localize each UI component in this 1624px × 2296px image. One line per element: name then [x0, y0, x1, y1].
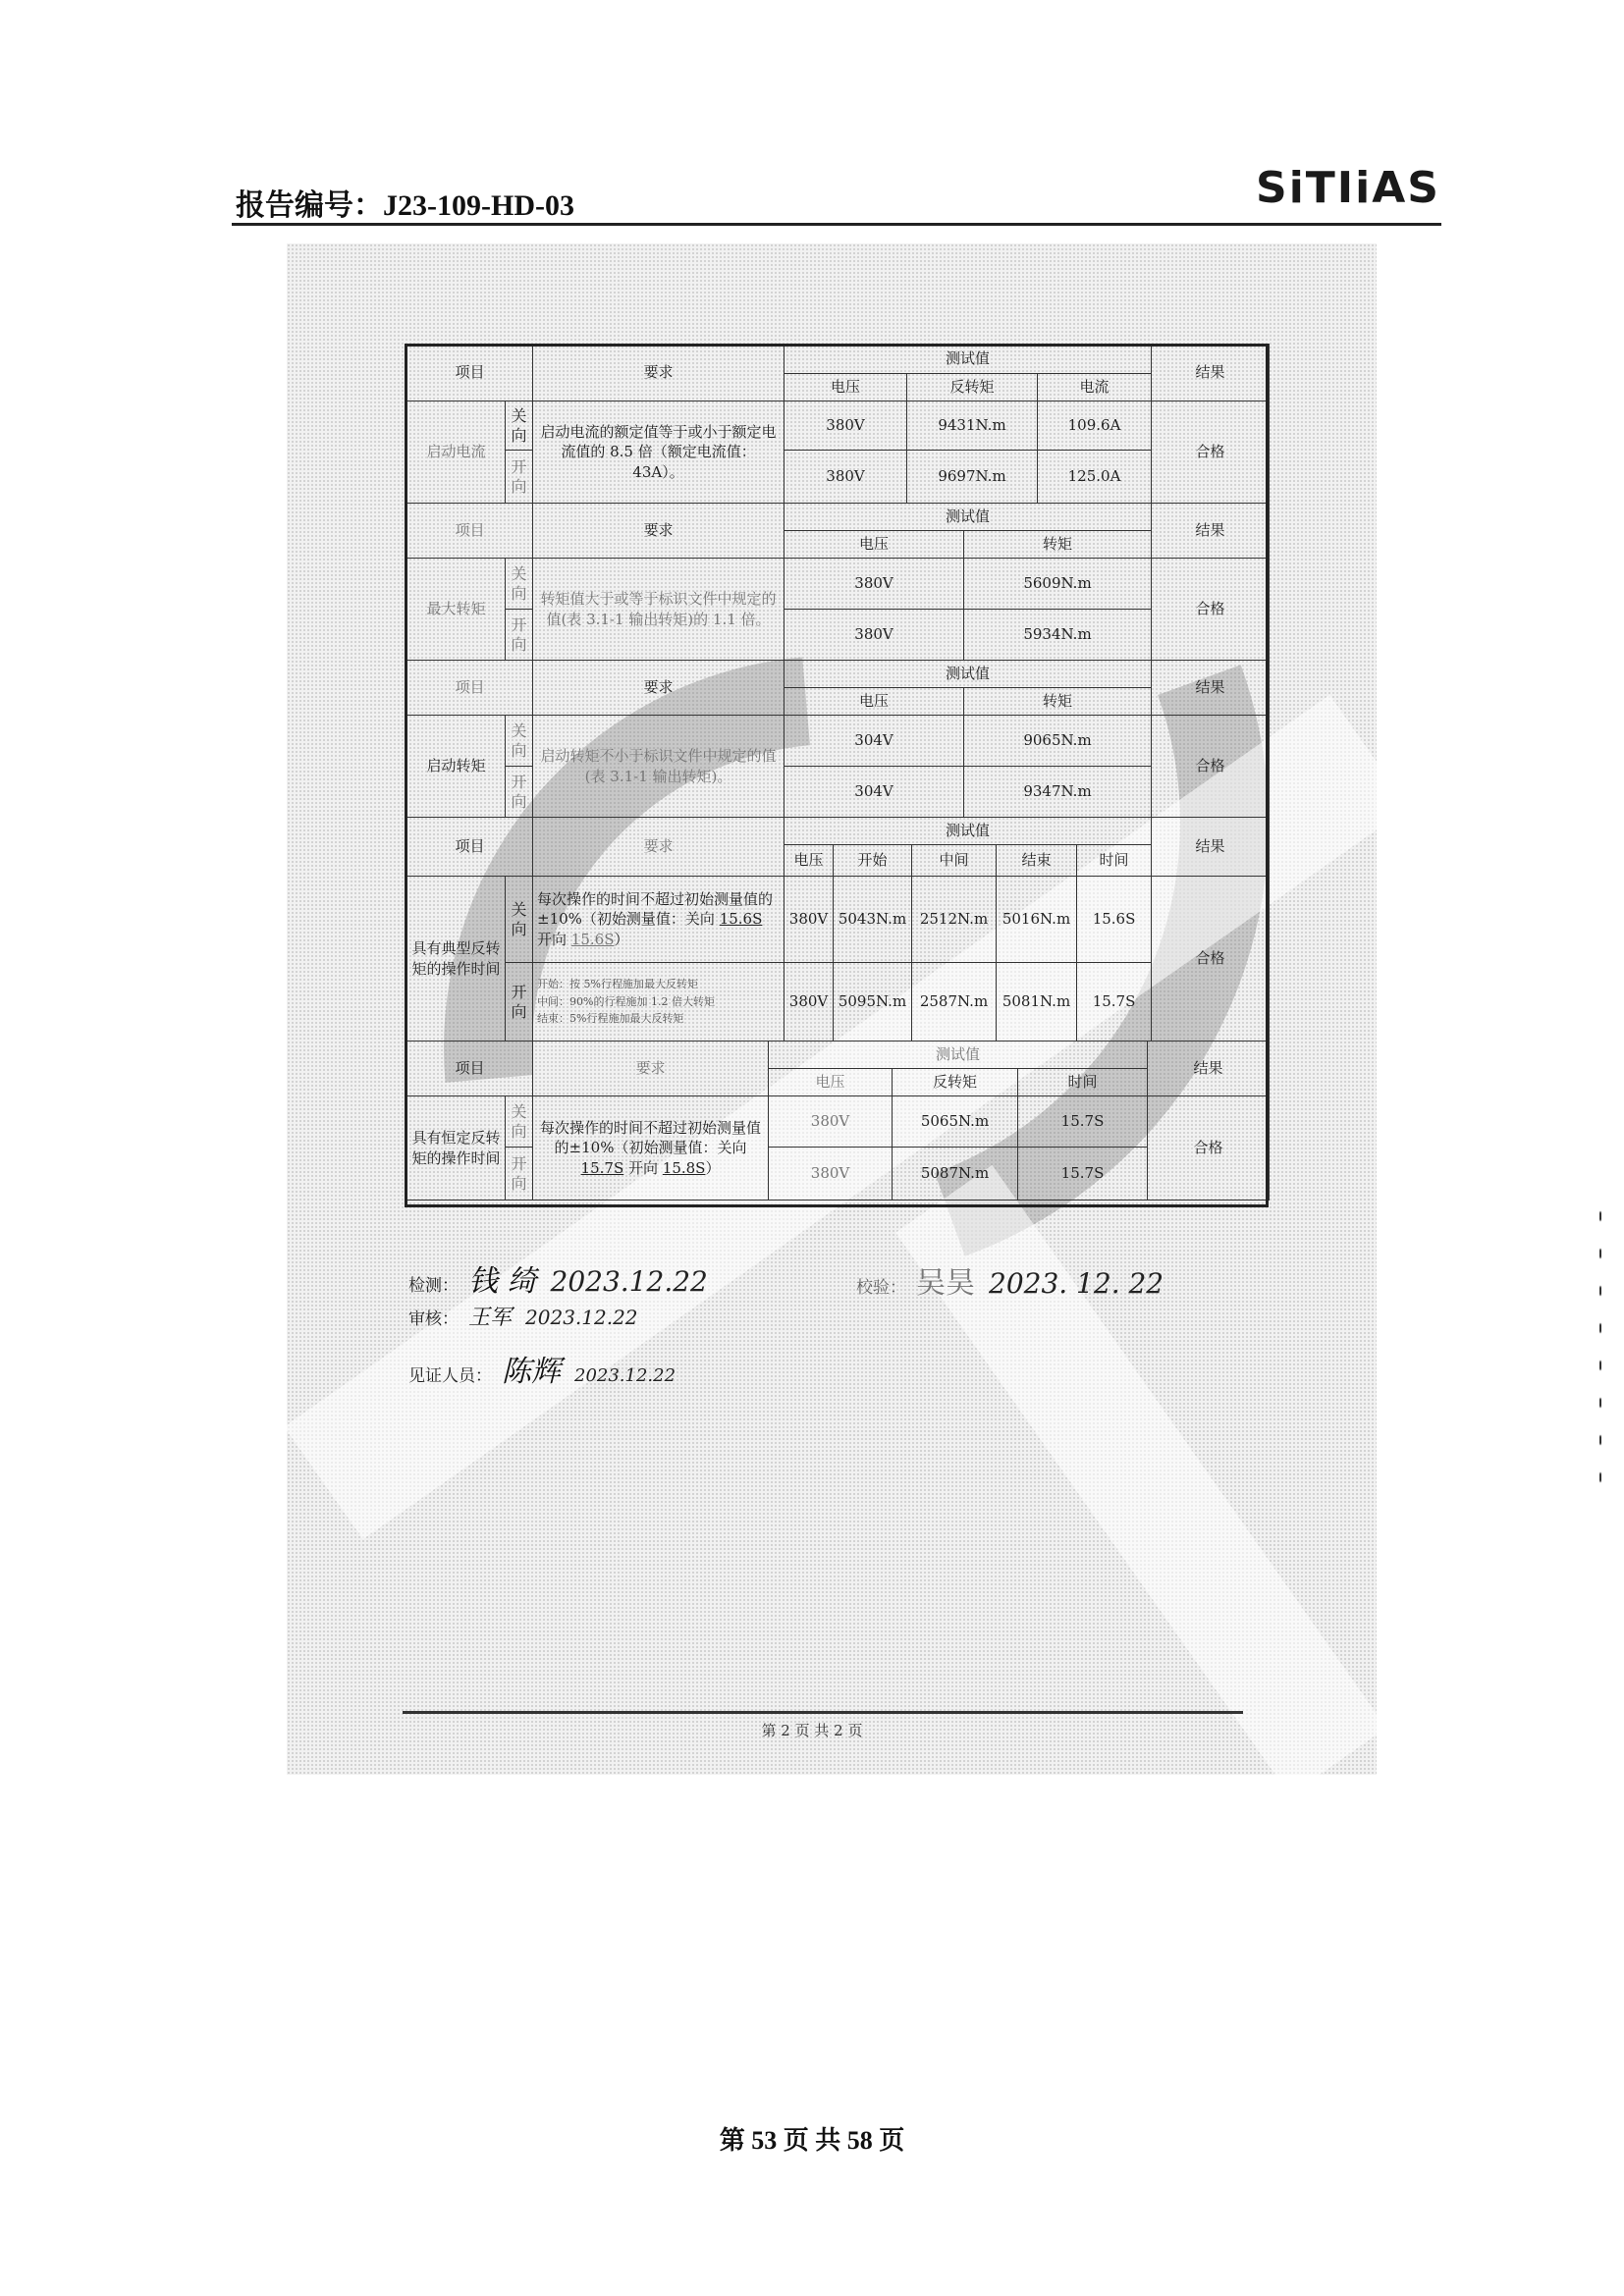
requirement-text: 每次操作的时间不超过初始测量值的±10%（初始测量值：关向 15.7S 开向 1… — [533, 1096, 769, 1201]
item-name: 启动电流 — [407, 401, 506, 504]
requirement-part: ） — [614, 931, 628, 948]
start-current-table: 项目 要求 测试值 结果 电压 反转矩 电流 启动电流 关向 启动电流的额定值等… — [406, 344, 1270, 504]
cell-value: 380V — [769, 1096, 893, 1148]
item-name: 启动转矩 — [407, 716, 506, 818]
col-voltage: 电压 — [785, 374, 907, 401]
cell-value: 109.6A — [1038, 401, 1152, 451]
header-measured: 测试值 — [785, 661, 1152, 688]
header-result: 结果 — [1152, 661, 1270, 716]
initial-value-open: 15.6S — [571, 931, 615, 948]
header-requirement: 要求 — [533, 661, 785, 716]
tester-label: 检测： — [408, 1276, 459, 1296]
col-voltage: 电压 — [785, 531, 964, 559]
cell-value: 9065N.m — [964, 716, 1152, 767]
witness-signature: 见证人员：陈辉2023.12.22 — [408, 1347, 676, 1390]
col-voltage: 电压 — [769, 1069, 893, 1096]
report-number-value: J23-109-HD-03 — [383, 189, 574, 222]
col-time: 时间 — [1018, 1069, 1148, 1096]
header-requirement: 要求 — [533, 1041, 769, 1096]
item-name: 具有典型反转矩的操作时间 — [407, 877, 506, 1041]
cell-value: 5016N.m — [997, 877, 1077, 963]
requirement-part: 开向 — [537, 931, 571, 948]
cell-value: 15.7S — [1077, 963, 1152, 1041]
cell-value: 380V — [785, 451, 907, 504]
direction-open: 开向 — [506, 451, 533, 504]
cell-value: 125.0A — [1038, 451, 1152, 504]
checker-label: 校验： — [856, 1278, 906, 1298]
direction-close: 关向 — [506, 401, 533, 451]
initial-value-open: 15.8S — [663, 1159, 706, 1177]
witness-label: 见证人员： — [408, 1366, 492, 1386]
requirement-text: 启动电流的额定值等于或小于额定电流值的 8.5 倍（额定电流值：43A）。 — [533, 401, 785, 504]
checker-handwriting: 吴昊 — [916, 1266, 975, 1301]
report-number-heading: 报告编号：J23-109-HD-03 — [236, 181, 574, 224]
cell-value: 380V — [769, 1148, 893, 1201]
cell-value: 380V — [785, 559, 964, 610]
result-value: 合格 — [1152, 401, 1270, 504]
col-voltage: 电压 — [785, 845, 834, 877]
cell-value: 2512N.m — [912, 877, 997, 963]
col-torque: 转矩 — [964, 688, 1152, 716]
cell-value: 304V — [785, 716, 964, 767]
item-name: 最大转矩 — [407, 559, 506, 661]
cell-value: 304V — [785, 767, 964, 818]
witness-handwriting: 陈辉 — [502, 1355, 561, 1389]
result-value: 合格 — [1152, 716, 1270, 818]
cell-value: 5095N.m — [834, 963, 912, 1041]
header-result: 结果 — [1152, 345, 1270, 401]
cell-value: 380V — [785, 610, 964, 661]
item-name: 具有恒定反转矩的操作时间 — [407, 1096, 506, 1201]
direction-open: 开向 — [506, 963, 533, 1041]
cell-value: 5081N.m — [997, 963, 1077, 1041]
checker-signature: 校验：吴昊2023. 12. 22 — [856, 1258, 1164, 1302]
header-requirement: 要求 — [533, 345, 785, 401]
col-voltage: 电压 — [785, 688, 964, 716]
col-torque: 转矩 — [964, 531, 1152, 559]
header-result: 结果 — [1152, 504, 1270, 559]
inner-footer-divider — [403, 1711, 1243, 1714]
reviewer-label: 审核： — [408, 1309, 459, 1329]
reviewer-signature: 审核：王军2023.12.22 — [408, 1301, 638, 1331]
inner-page-number: 第 2 页 共 2 页 — [0, 1720, 1624, 1740]
tester-date: 2023.12.22 — [551, 1265, 708, 1298]
sitiias-logo: SiTIiAS — [1256, 163, 1440, 213]
direction-open: 开向 — [506, 767, 533, 818]
direction-open: 开向 — [506, 610, 533, 661]
header-measured: 测试值 — [785, 345, 1152, 374]
header-item: 项目 — [407, 1041, 533, 1096]
col-current: 电流 — [1038, 374, 1152, 401]
result-value: 合格 — [1152, 877, 1270, 1041]
requirement-part: 开向 — [623, 1159, 663, 1177]
requirement-text-open: 开始：按 5%行程施加最大反转矩 中间：90%的行程施加 1.2 倍大转矩 结束… — [533, 963, 785, 1041]
tester-signature: 检测：钱 绮2023.12.22 — [408, 1256, 708, 1300]
cell-value: 15.7S — [1018, 1148, 1148, 1201]
requirement-part: 每次操作的时间不超过初始测量值的±10%（初始测量值：关向 — [540, 1119, 761, 1156]
col-start: 开始 — [834, 845, 912, 877]
direction-close: 关向 — [506, 716, 533, 767]
reviewer-date: 2023.12.22 — [525, 1306, 638, 1329]
result-value: 合格 — [1148, 1096, 1270, 1201]
header-item: 项目 — [407, 818, 533, 877]
cell-value: 15.7S — [1018, 1096, 1148, 1148]
header-item: 项目 — [407, 661, 533, 716]
header-measured: 测试值 — [785, 818, 1152, 845]
constant-reverse-torque-time-table: 项目 要求 测试值 结果 电压 反转矩 时间 具有恒定反转矩的操作时间 关向 每… — [406, 1041, 1270, 1201]
col-middle: 中间 — [912, 845, 997, 877]
cell-value: 9347N.m — [964, 767, 1152, 818]
header-result: 结果 — [1152, 818, 1270, 877]
cell-value: 5609N.m — [964, 559, 1152, 610]
result-value: 合格 — [1152, 559, 1270, 661]
cell-value: 5087N.m — [893, 1148, 1018, 1201]
direction-close: 关向 — [506, 559, 533, 610]
requirement-line: 中间：90%的行程施加 1.2 倍大转矩 — [537, 993, 780, 1011]
start-torque-table: 项目 要求 测试值 结果 电压 转矩 启动转矩 关向 启动转矩不小于标识文件中规… — [406, 660, 1270, 818]
reviewer-handwriting: 王军 — [468, 1306, 512, 1330]
header-item: 项目 — [407, 504, 533, 559]
header-requirement: 要求 — [533, 818, 785, 877]
typical-reverse-torque-time-table: 项目 要求 测试值 结果 电压 开始 中间 结束 时间 具有典型反转矩的操作时间… — [406, 817, 1270, 1041]
header-divider — [232, 223, 1441, 226]
requirement-line: 开始：按 5%行程施加最大反转矩 — [537, 976, 780, 993]
cell-value: 5065N.m — [893, 1096, 1018, 1148]
scan-margin-marks — [1597, 1198, 1606, 1492]
header-result: 结果 — [1148, 1041, 1270, 1096]
tester-handwriting: 钱 绮 — [468, 1264, 537, 1299]
page-number: 第 53 页 共 58 页 — [0, 2120, 1624, 2157]
direction-open: 开向 — [506, 1148, 533, 1201]
requirement-text: 转矩值大于或等于标识文件中规定的值(表 3.1-1 输出转矩)的 1.1 倍。 — [533, 559, 785, 661]
col-end: 结束 — [997, 845, 1077, 877]
cell-value: 380V — [785, 963, 834, 1041]
header-measured: 测试值 — [785, 504, 1152, 531]
report-number-label: 报告编号： — [236, 189, 383, 222]
requirement-text: 启动转矩不小于标识文件中规定的值(表 3.1-1 输出转矩)。 — [533, 716, 785, 818]
header-measured: 测试值 — [769, 1041, 1148, 1069]
col-time: 时间 — [1077, 845, 1152, 877]
cell-value: 380V — [785, 877, 834, 963]
max-torque-table: 项目 要求 测试值 结果 电压 转矩 最大转矩 关向 转矩值大于或等于标识文件中… — [406, 503, 1270, 661]
direction-close: 关向 — [506, 1096, 533, 1148]
cell-value: 380V — [785, 401, 907, 451]
cell-value: 5934N.m — [964, 610, 1152, 661]
cell-value: 2587N.m — [912, 963, 997, 1041]
requirement-text-close: 每次操作的时间不超过初始测量值的±10%（初始测量值：关向 15.6S 开向 1… — [533, 877, 785, 963]
cell-value: 5043N.m — [834, 877, 912, 963]
requirement-part: ） — [705, 1159, 720, 1177]
cell-value: 15.6S — [1077, 877, 1152, 963]
header-requirement: 要求 — [533, 504, 785, 559]
checker-date: 2023. 12. 22 — [989, 1267, 1164, 1300]
header-item: 项目 — [407, 345, 533, 401]
cell-value: 9697N.m — [907, 451, 1038, 504]
initial-value-close: 15.6S — [720, 910, 763, 928]
col-reverse-torque: 反转矩 — [893, 1069, 1018, 1096]
witness-date: 2023.12.22 — [574, 1365, 676, 1386]
cell-value: 9431N.m — [907, 401, 1038, 451]
initial-value-close: 15.7S — [581, 1159, 624, 1177]
direction-close: 关向 — [506, 877, 533, 963]
col-reverse-torque: 反转矩 — [907, 374, 1038, 401]
requirement-line: 结束：5%行程施加最大反转矩 — [537, 1010, 780, 1028]
